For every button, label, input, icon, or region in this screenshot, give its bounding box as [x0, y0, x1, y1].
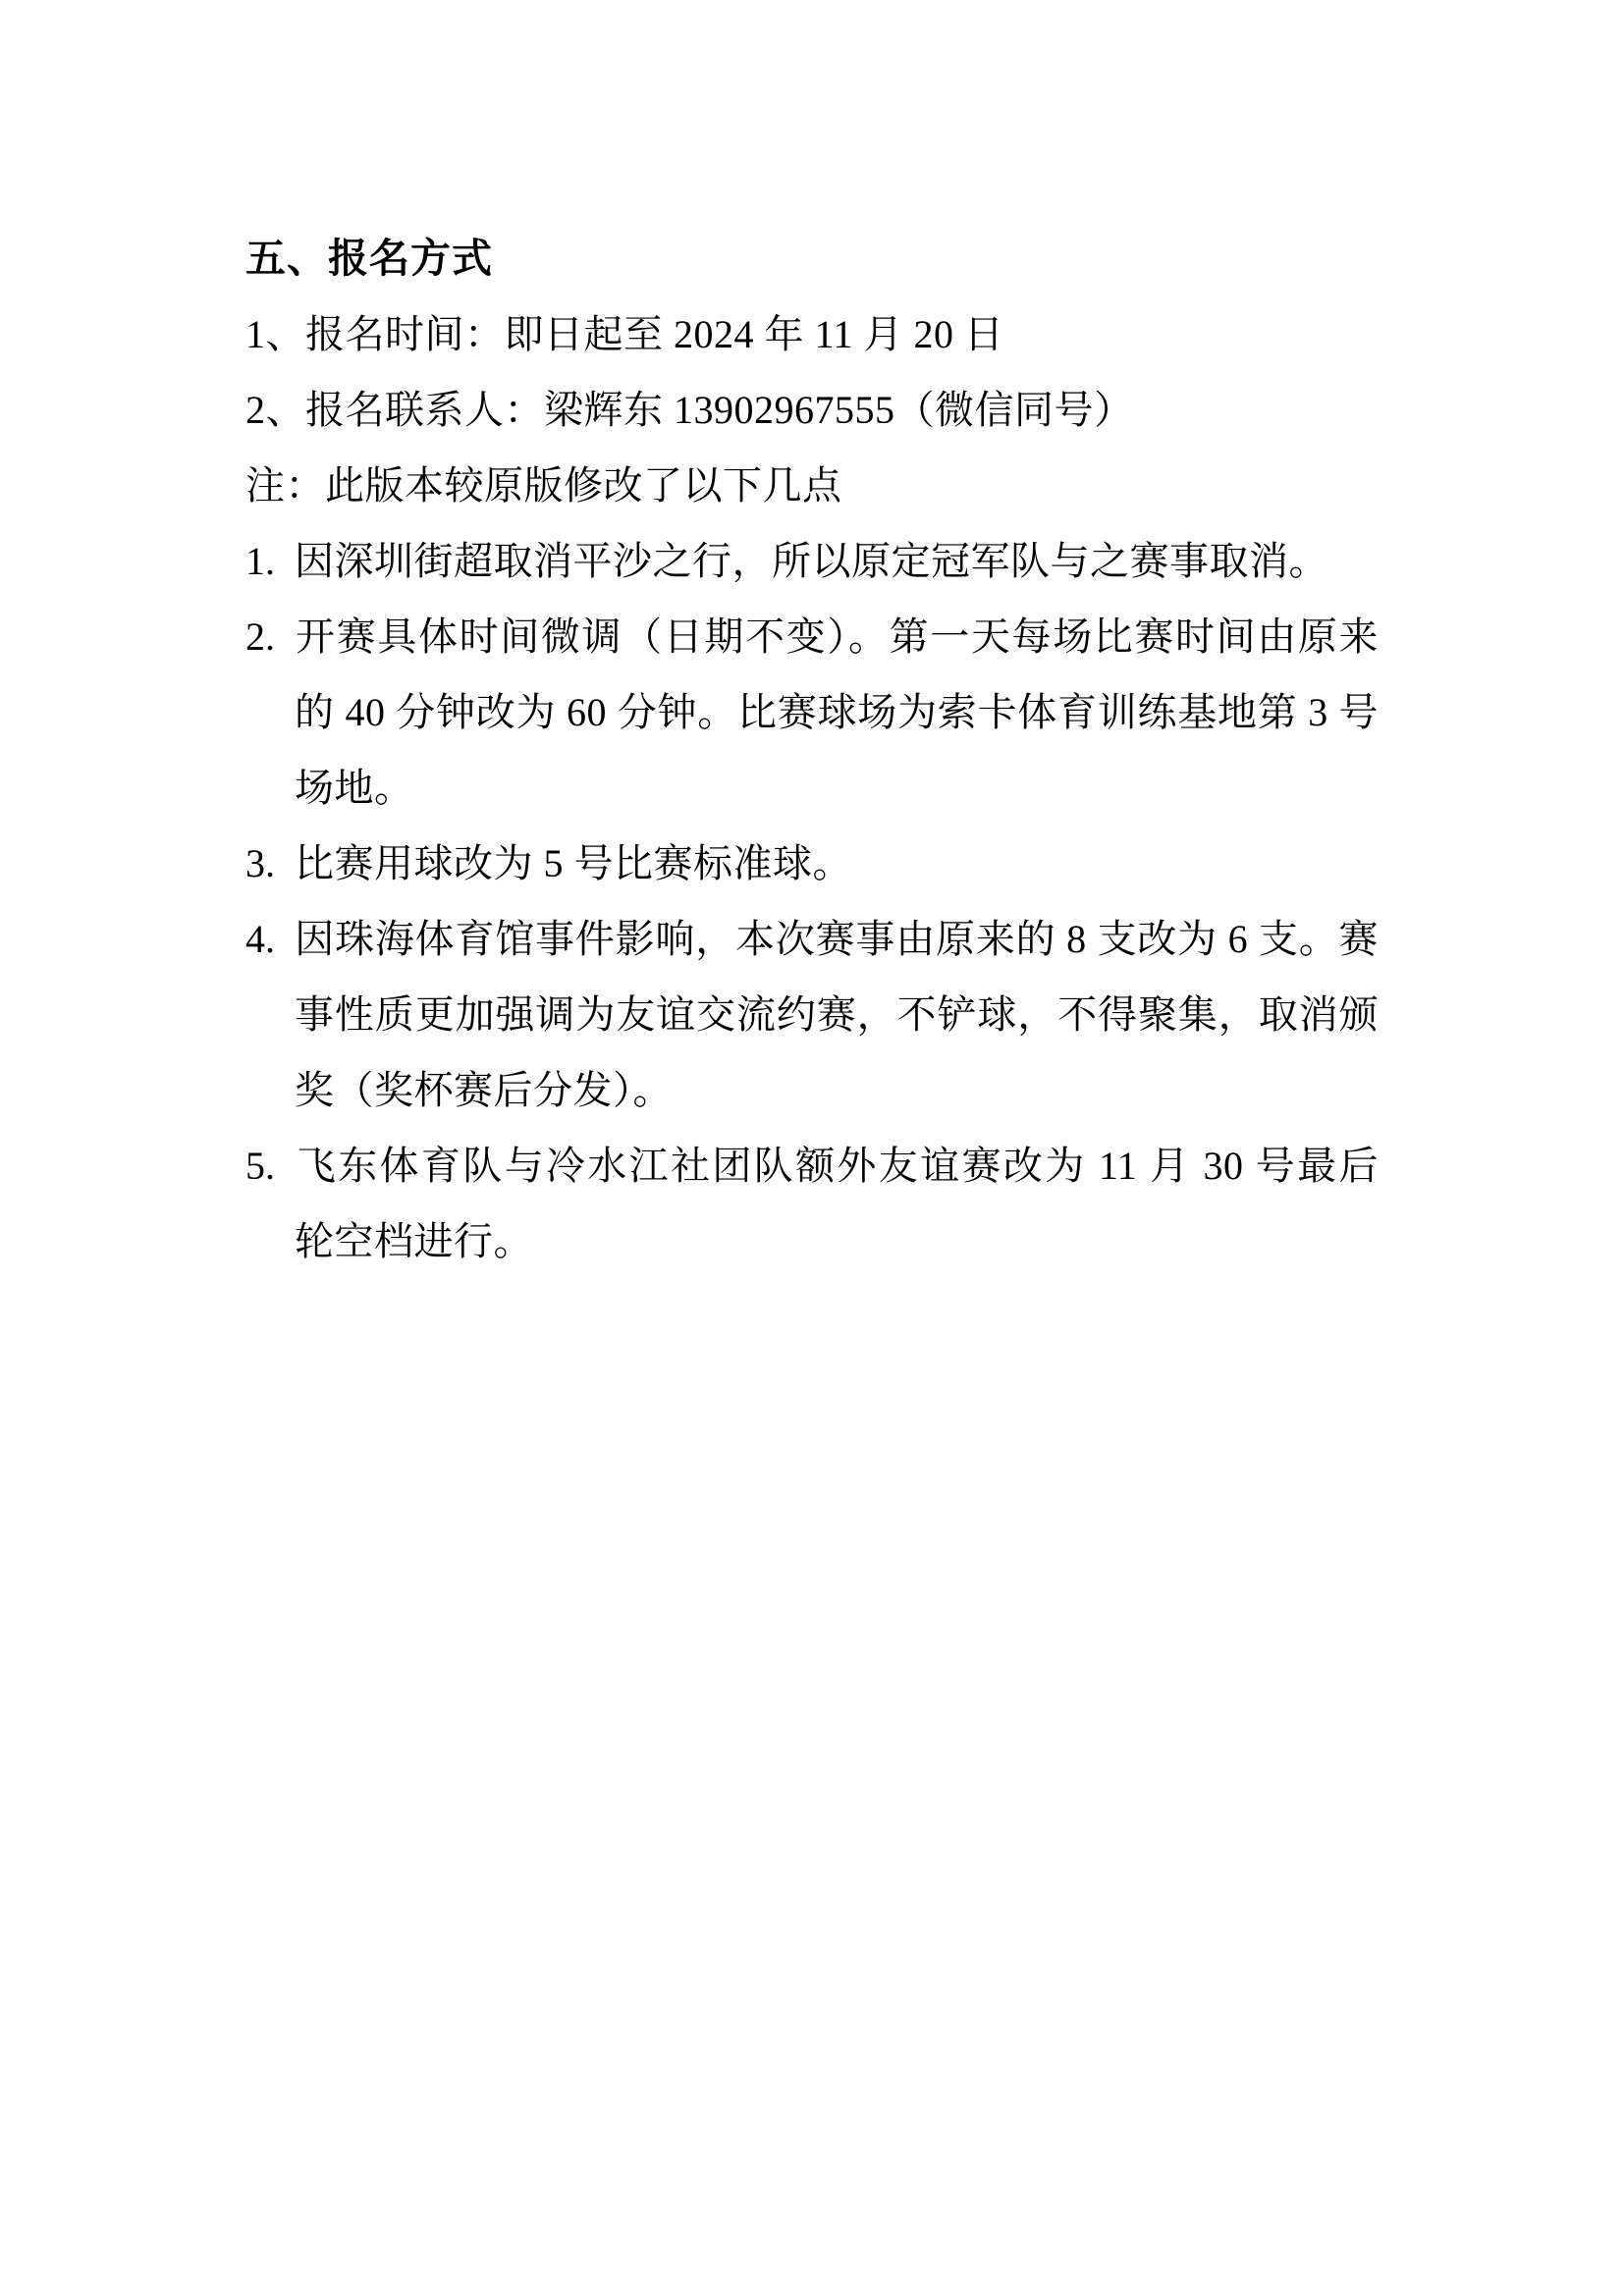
item-2-line-3: 场地。: [245, 750, 1379, 826]
section-heading: 五、报名方式: [245, 221, 1379, 296]
item-5-text-line-1: 飞东体育队与冷水江社团队额外友谊赛改为 11 月 30 号最后: [295, 1144, 1379, 1188]
item-1-marker: 1.: [245, 523, 295, 599]
item-4-line-1: 4.因珠海体育馆事件影响，本次赛事由原来的 8 支改为 6 支。赛: [245, 901, 1379, 977]
text-block: 五、报名方式 1、报名时间：即日起至 2024 年 11 月 20 日 2、报名…: [245, 221, 1379, 1279]
item-3-line-1: 3.比赛用球改为 5 号比赛标准球。: [245, 826, 1379, 901]
item-4-marker: 4.: [245, 901, 295, 977]
item-4-line-2: 事性质更加强调为友谊交流约赛，不铲球，不得聚集，取消颁: [245, 977, 1379, 1052]
item-2-marker: 2.: [245, 599, 295, 674]
item-4-text-line-1: 因珠海体育馆事件影响，本次赛事由原来的 8 支改为 6 支。赛: [295, 917, 1379, 961]
item-5-line-2: 轮空档进行。: [245, 1203, 1379, 1279]
document-page: 五、报名方式 1、报名时间：即日起至 2024 年 11 月 20 日 2、报名…: [0, 0, 1624, 2296]
item-4-line-3: 奖（奖杯赛后分发）。: [245, 1052, 1379, 1128]
item-3-text: 比赛用球改为 5 号比赛标准球。: [295, 841, 852, 885]
item-1-line-1: 1.因深圳街超取消平沙之行，所以原定冠军队与之赛事取消。: [245, 523, 1379, 599]
item-2-line-1: 2.开赛具体时间微调（日期不变）。第一天每场比赛时间由原来: [245, 599, 1379, 674]
intro-line-contact-person: 2、报名联系人：梁辉东 13902967555（微信同号）: [245, 372, 1379, 448]
item-3-marker: 3.: [245, 826, 295, 901]
item-5-line-1: 5.飞东体育队与冷水江社团队额外友谊赛改为 11 月 30 号最后: [245, 1128, 1379, 1203]
item-2-text-line-1: 开赛具体时间微调（日期不变）。第一天每场比赛时间由原来: [295, 614, 1379, 659]
note-line: 注：此版本较原版修改了以下几点: [245, 448, 1379, 523]
intro-line-registration-time: 1、报名时间：即日起至 2024 年 11 月 20 日: [245, 296, 1379, 372]
item-5-marker: 5.: [245, 1128, 295, 1203]
item-2-line-2: 的 40 分钟改为 60 分钟。比赛球场为索卡体育训练基地第 3 号: [245, 674, 1379, 750]
item-1-text: 因深圳街超取消平沙之行，所以原定冠军队与之赛事取消。: [295, 539, 1328, 583]
